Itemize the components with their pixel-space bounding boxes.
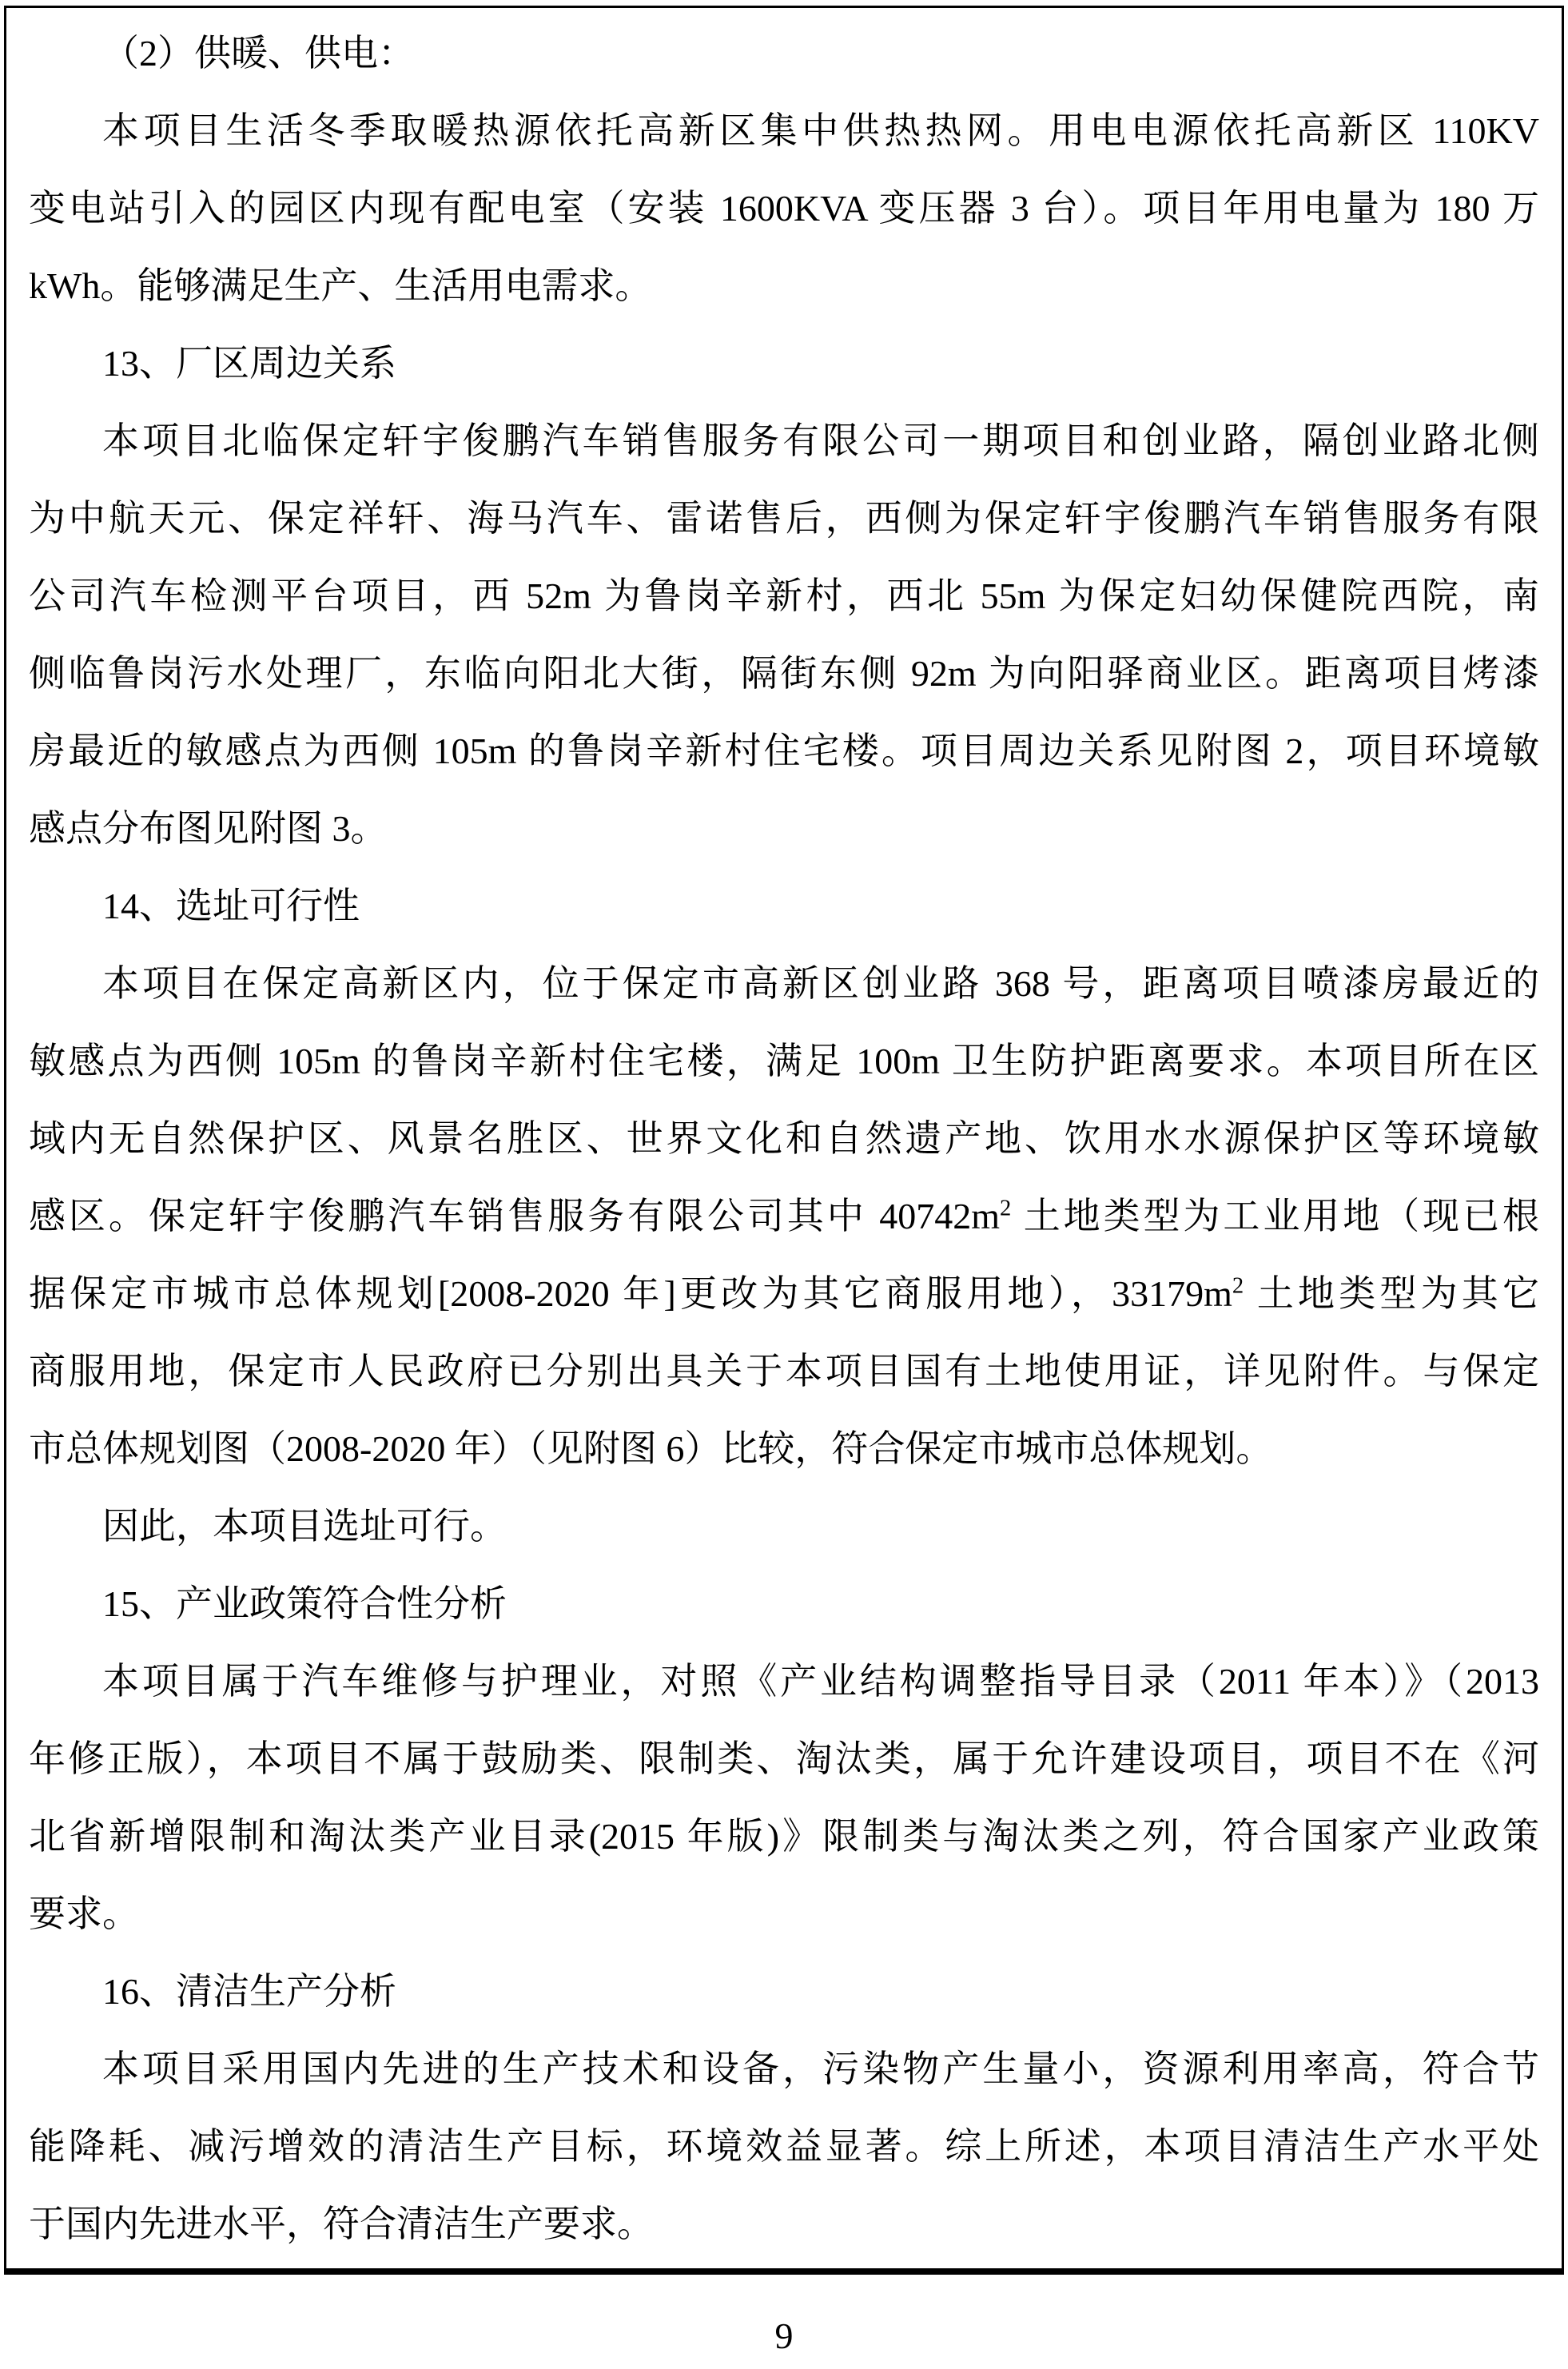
line-text: kWh。能够满足生产、生活用电需求。: [29, 265, 651, 306]
page-frame: （2）供暖、供电：本项目生活冬季取暖热源依托高新区集中供热热网。用电电源依托高新…: [4, 6, 1564, 2275]
text-line: 15、产业政策符合性分析: [29, 1565, 1539, 1642]
text-line: 据保定市城市总体规划[2008-2020 年]更改为其它商服用地），33179m…: [29, 1255, 1539, 1332]
text-line: 本项目属于汽车维修与护理业，对照《产业结构调整指导目录（2011 年本）》（20…: [29, 1642, 1539, 1720]
line-text: 土地类型为其它: [1244, 1273, 1539, 1314]
text-line: 市总体规划图（2008-2020 年）（见附图 6）比较，符合保定市城市总体规划…: [29, 1410, 1539, 1487]
text-line: 年修正版），本项目不属于鼓励类、限制类、淘汰类，属于允许建设项目，项目不在《河: [29, 1720, 1539, 1798]
line-text: 为中航天元、保定祥轩、海马汽车、雷诺售后，西侧为保定轩宇俊鹏汽车销售服务有限: [29, 498, 1539, 539]
line-text: 本项目属于汽车维修与护理业，对照《产业结构调整指导目录（2011 年本）》（20…: [102, 1661, 1539, 1702]
page-number: 9: [0, 2315, 1568, 2357]
line-text: 本项目在保定高新区内，位于保定市高新区创业路 368 号，距离项目喷漆房最近的: [102, 963, 1539, 1004]
line-text: 感区。保定轩宇俊鹏汽车销售服务有限公司其中 40742m: [29, 1196, 1000, 1236]
line-text: 据保定市城市总体规划[2008-2020 年]更改为其它商服用地），33179m: [29, 1273, 1232, 1314]
line-text: （2）供暖、供电：: [102, 33, 415, 74]
line-text: 13、厂区周边关系: [102, 343, 396, 384]
line-text: 因此，本项目选址可行。: [102, 1506, 507, 1547]
line-text: 市总体规划图（2008-2020 年）（见附图 6）比较，符合保定市城市总体规划…: [29, 1428, 1272, 1469]
document-body: （2）供暖、供电：本项目生活冬季取暖热源依托高新区集中供热热网。用电电源依托高新…: [6, 8, 1562, 2268]
line-text: 变电站引入的园区内现有配电室（安装 1600KVA 变压器 3 台）。项目年用电…: [29, 188, 1539, 229]
line-text: 敏感点为西侧 105m 的鲁岗辛新村住宅楼，满足 100m 卫生防护距离要求。本…: [29, 1041, 1539, 1081]
text-line: 14、选址可行性: [29, 867, 1539, 945]
text-line: 变电站引入的园区内现有配电室（安装 1600KVA 变压器 3 台）。项目年用电…: [29, 169, 1539, 247]
text-line: （2）供暖、供电：: [29, 14, 1539, 92]
text-line: 能降耗、减污增效的清洁生产目标，环境效益显著。综上所述，本项目清洁生产水平处: [29, 2108, 1539, 2185]
line-text: 感点分布图见附图 3。: [29, 808, 388, 849]
line-text: 侧临鲁岗污水处理厂，东临向阳北大街，隔街东侧 92m 为向阳驿商业区。距离项目烤…: [29, 653, 1539, 694]
line-text: 公司汽车检测平台项目，西 52m 为鲁岗辛新村，西北 55m 为保定妇幼保健院西…: [29, 575, 1539, 616]
text-line: 敏感点为西侧 105m 的鲁岗辛新村住宅楼，满足 100m 卫生防护距离要求。本…: [29, 1022, 1539, 1100]
line-text: 域内无自然保护区、风景名胜区、世界文化和自然遗产地、饮用水水源保护区等环境敏: [29, 1118, 1539, 1159]
text-line: 于国内先进水平，符合清洁生产要求。: [29, 2185, 1539, 2263]
line-text: 本项目采用国内先进的生产技术和设备，污染物产生量小，资源利用率高，符合节: [102, 2048, 1539, 2089]
line-text: 土地类型为工业用地（现已根: [1011, 1196, 1539, 1236]
text-line: 房最近的敏感点为西侧 105m 的鲁岗辛新村住宅楼。项目周边关系见附图 2，项目…: [29, 712, 1539, 790]
line-text: 于国内先进水平，符合清洁生产要求。: [29, 2204, 654, 2244]
text-line: 本项目在保定高新区内，位于保定市高新区创业路 368 号，距离项目喷漆房最近的: [29, 945, 1539, 1022]
line-text: 年修正版），本项目不属于鼓励类、限制类、淘汰类，属于允许建设项目，项目不在《河: [29, 1738, 1539, 1779]
text-line: 13、厂区周边关系: [29, 324, 1539, 402]
document-page: （2）供暖、供电：本项目生活冬季取暖热源依托高新区集中供热热网。用电电源依托高新…: [0, 0, 1568, 2369]
line-text: 要求。: [29, 1893, 139, 1934]
line-text: 本项目北临保定轩宇俊鹏汽车销售服务有限公司一期项目和创业路，隔创业路北侧: [102, 420, 1539, 461]
line-text: 房最近的敏感点为西侧 105m 的鲁岗辛新村住宅楼。项目周边关系见附图 2，项目…: [29, 731, 1539, 771]
text-line: 北省新增限制和淘汰类产业目录(2015 年版)》限制类与淘汰类之列，符合国家产业…: [29, 1798, 1539, 1875]
text-line: kWh。能够满足生产、生活用电需求。: [29, 247, 1539, 324]
line-text: 北省新增限制和淘汰类产业目录(2015 年版)》限制类与淘汰类之列，符合国家产业…: [29, 1816, 1539, 1857]
superscript-text: 2: [1000, 1196, 1011, 1221]
text-line: 为中航天元、保定祥轩、海马汽车、雷诺售后，西侧为保定轩宇俊鹏汽车销售服务有限: [29, 480, 1539, 557]
text-line: 感区。保定轩宇俊鹏汽车销售服务有限公司其中 40742m2 土地类型为工业用地（…: [29, 1177, 1539, 1255]
line-text: 14、选址可行性: [102, 886, 360, 926]
text-line: 16、清洁生产分析: [29, 1953, 1539, 2030]
text-line: 因此，本项目选址可行。: [29, 1487, 1539, 1565]
line-text: 商服用地，保定市人民政府已分别出具关于本项目国有土地使用证，详见附件。与保定: [29, 1351, 1539, 1392]
text-line: 感点分布图见附图 3。: [29, 790, 1539, 867]
text-line: 域内无自然保护区、风景名胜区、世界文化和自然遗产地、饮用水水源保护区等环境敏: [29, 1100, 1539, 1177]
text-line: 本项目生活冬季取暖热源依托高新区集中供热热网。用电电源依托高新区 110KV: [29, 92, 1539, 169]
line-text: 15、产业政策符合性分析: [102, 1583, 507, 1624]
superscript-text: 2: [1232, 1274, 1244, 1299]
line-text: 能降耗、减污增效的清洁生产目标，环境效益显著。综上所述，本项目清洁生产水平处: [29, 2126, 1539, 2167]
line-text: 本项目生活冬季取暖热源依托高新区集中供热热网。用电电源依托高新区 110KV: [102, 110, 1539, 151]
text-line: 要求。: [29, 1875, 1539, 1953]
text-line: 公司汽车检测平台项目，西 52m 为鲁岗辛新村，西北 55m 为保定妇幼保健院西…: [29, 557, 1539, 635]
line-text: 16、清洁生产分析: [102, 1971, 396, 2012]
text-line: 本项目北临保定轩宇俊鹏汽车销售服务有限公司一期项目和创业路，隔创业路北侧: [29, 402, 1539, 480]
text-line: 侧临鲁岗污水处理厂，东临向阳北大街，隔街东侧 92m 为向阳驿商业区。距离项目烤…: [29, 635, 1539, 712]
text-line: 商服用地，保定市人民政府已分别出具关于本项目国有土地使用证，详见附件。与保定: [29, 1332, 1539, 1410]
text-line: 本项目采用国内先进的生产技术和设备，污染物产生量小，资源利用率高，符合节: [29, 2030, 1539, 2108]
